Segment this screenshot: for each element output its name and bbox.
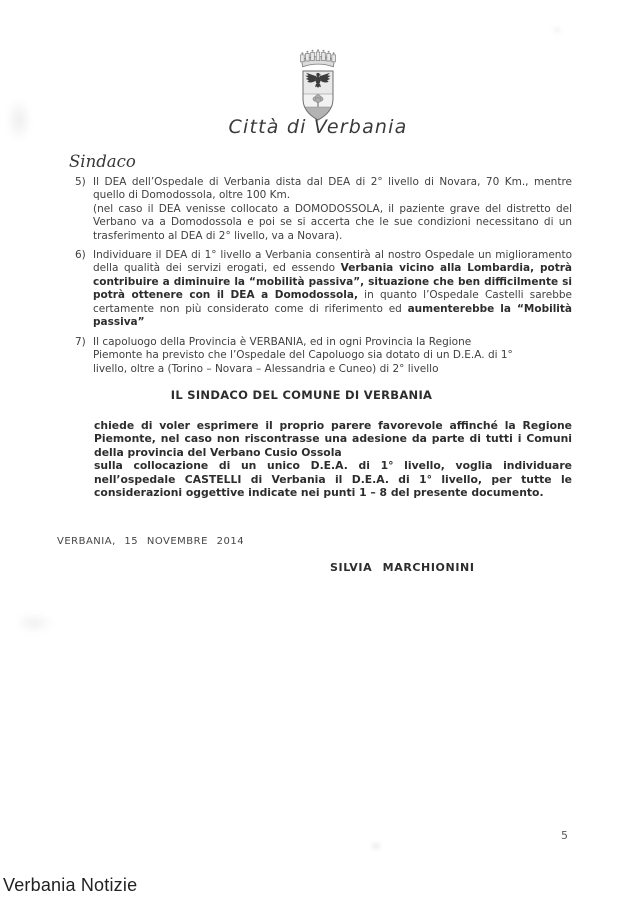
scan-smudge	[552, 26, 562, 34]
city-crest-graphic	[286, 44, 350, 124]
role-label: Sindaco	[69, 152, 136, 171]
source-caption: Verbania Notizie	[3, 875, 137, 896]
list-number: 6)	[75, 249, 86, 262]
paragraph: sulla collocazione di un unico D.E.A. di…	[94, 459, 572, 499]
paragraph: Il capoluogo della Provincia è VERBANIA,…	[93, 336, 572, 376]
city-title: Città di Verbania	[0, 116, 636, 138]
paragraph: chiede di voler esprimere il proprio par…	[94, 419, 572, 459]
paragraph: Il DEA dell’Ospedale di Verbania dista d…	[93, 176, 572, 203]
list-item-6: 6) Individuare il DEA di 1° livello a Ve…	[75, 249, 572, 330]
list-number: 5)	[75, 176, 86, 189]
verbania-coat-of-arms-icon	[286, 44, 350, 124]
scanned-letter-page: Città di Verbania Sindaco 5) Il DEA dell…	[0, 0, 636, 900]
scan-smudge	[370, 842, 382, 850]
section-heading: IL SINDACO DEL COMUNE DI VERBANIA	[75, 388, 572, 402]
scan-smudge	[14, 612, 54, 634]
paragraph: Individuare il DEA di 1° livello a Verba…	[93, 249, 572, 330]
paragraph: (nel caso il DEA venisse collocato a DOM…	[93, 203, 572, 243]
page-number: 5	[561, 829, 568, 842]
signature-name: SILVIA MARCHIONINI	[330, 561, 475, 574]
list-item-7: 7) Il capoluogo della Provincia è VERBAN…	[75, 336, 572, 376]
place-and-date: VERBANIA, 15 NOVEMBRE 2014	[57, 536, 244, 547]
list-number: 7)	[75, 336, 86, 349]
closing-petition: chiede di voler esprimere il proprio par…	[94, 419, 572, 500]
list-item-5: 5) Il DEA dell’Ospedale di Verbania dist…	[75, 176, 572, 243]
